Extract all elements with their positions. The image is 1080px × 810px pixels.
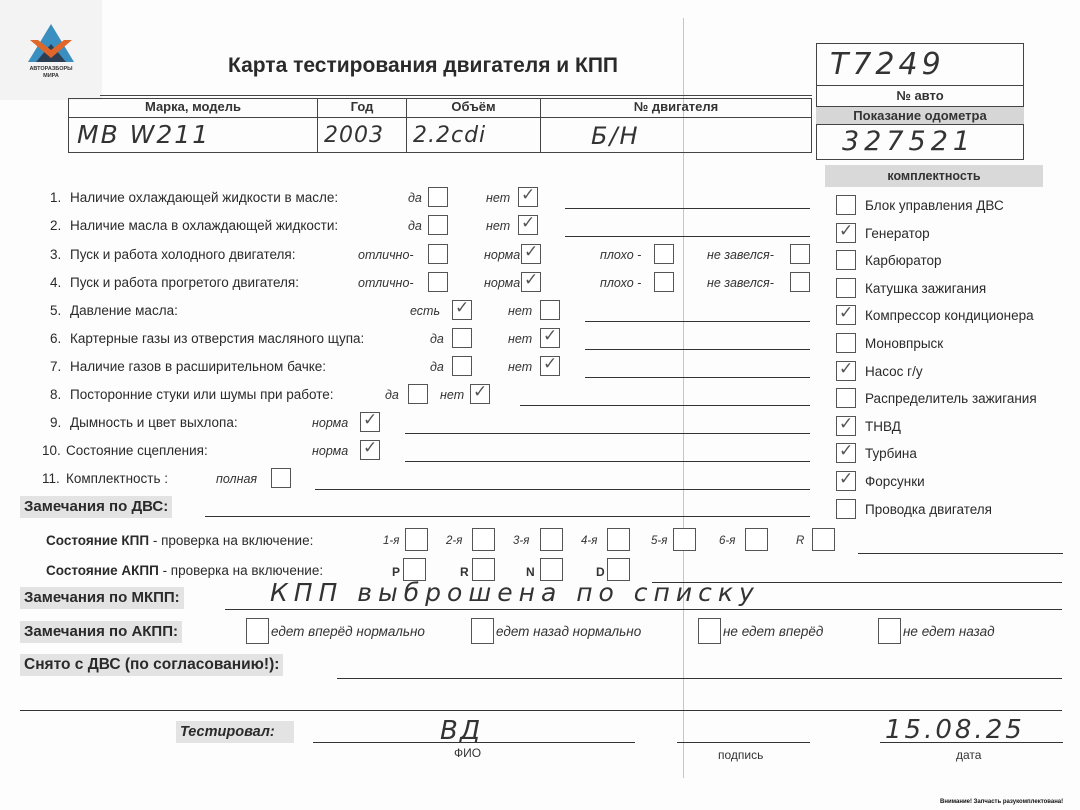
option-checkbox[interactable]: [360, 412, 380, 432]
kit-checkbox[interactable]: [836, 278, 856, 298]
option-label: норма: [312, 444, 348, 458]
option-checkbox[interactable]: [428, 187, 448, 207]
option-checkbox[interactable]: [540, 300, 560, 320]
option-label: да: [385, 388, 399, 402]
kit-checkbox[interactable]: [836, 499, 856, 519]
engine-no-value: Б/Н: [541, 118, 811, 154]
option-label: да: [408, 219, 422, 233]
option-checkbox[interactable]: [470, 384, 490, 404]
question-text: Дымность и цвет выхлопа:: [70, 415, 238, 430]
kit-item-label: ТНВД: [865, 419, 901, 434]
gear-label: 4-я: [581, 535, 597, 547]
option-checkbox[interactable]: [428, 272, 448, 292]
option-label: да: [430, 360, 444, 374]
year-field[interactable]: 2003: [317, 117, 407, 153]
manual-gearbox-label: Состояние КПП - проверка на включение:: [46, 533, 313, 548]
question-notes-field[interactable]: [585, 377, 810, 378]
year-value: 2003: [318, 118, 406, 154]
car-no-field[interactable]: T7249: [816, 43, 1024, 85]
kit-checkbox[interactable]: [836, 195, 856, 215]
akpp-option-label: едет назад нормально: [496, 624, 641, 639]
gear-checkbox[interactable]: [812, 528, 835, 551]
mkpp-remarks-field-line: [225, 609, 1062, 610]
gear-label: 2-я: [446, 535, 462, 547]
question-notes-field[interactable]: [565, 236, 810, 237]
fio-value[interactable]: ВД: [440, 716, 482, 746]
akpp-option-checkbox[interactable]: [246, 618, 269, 644]
logo-name-line1: АВТОРАЗБОРЫ: [0, 66, 102, 73]
gear-checkbox[interactable]: [472, 528, 495, 551]
kit-checkbox[interactable]: [836, 223, 856, 243]
option-checkbox[interactable]: [518, 215, 538, 235]
gear-checkbox[interactable]: [673, 528, 696, 551]
akpp-option-checkbox[interactable]: [471, 618, 494, 644]
kit-header: комплектность: [825, 165, 1043, 187]
question-notes-field[interactable]: [585, 321, 810, 322]
signature-caption: подпись: [718, 748, 763, 762]
gear-position-label: P: [392, 565, 400, 579]
option-label: не завелся-: [707, 248, 774, 262]
gear-checkbox[interactable]: [607, 528, 630, 551]
gear-label: 6-я: [719, 535, 735, 547]
gear-position-label: R: [460, 565, 469, 579]
kit-item-label: Карбюратор: [865, 253, 942, 268]
odometer-field[interactable]: 327521: [816, 125, 1024, 159]
option-checkbox[interactable]: [408, 384, 428, 404]
akpp-option-label: не едет вперёд: [723, 624, 823, 639]
logo-name-line2: МИРА: [0, 73, 102, 80]
question-text: Наличие охлаждающей жидкости в масле:: [70, 190, 338, 205]
make-model-value: MB W211: [69, 118, 317, 152]
engine-remarks-label: Замечания по ДВС:: [20, 496, 172, 518]
auto-gearbox-label: Состояние АКПП - проверка на включение:: [46, 563, 323, 578]
kit-item-label: Турбина: [865, 446, 917, 461]
table-top-rule: [100, 95, 812, 96]
gear-label: 5-я: [651, 535, 667, 547]
signature-field[interactable]: [677, 742, 810, 743]
question-notes-field[interactable]: [315, 489, 810, 490]
option-label: полная: [216, 472, 257, 486]
question-text: Наличие масла в охлаждающей жидкости:: [70, 218, 338, 233]
option-label: да: [430, 332, 444, 346]
option-checkbox[interactable]: [521, 244, 541, 264]
option-label: отлично-: [358, 276, 414, 290]
question-notes-field[interactable]: [585, 349, 810, 350]
option-label: плохо -: [600, 248, 641, 262]
option-checkbox[interactable]: [428, 244, 448, 264]
gear-label: R: [796, 535, 804, 547]
option-checkbox[interactable]: [452, 300, 472, 320]
kit-checkbox[interactable]: [836, 333, 856, 353]
gear-checkbox[interactable]: [540, 528, 563, 551]
kit-item-label: Форсунки: [865, 474, 925, 489]
year-header-cell: Год: [317, 98, 407, 118]
removed-field[interactable]: [337, 678, 1062, 679]
option-checkbox[interactable]: [518, 187, 538, 207]
kit-item-label: Распределитель зажигания: [865, 391, 1037, 406]
auto-gearbox-label-rest: - проверка на включение:: [159, 563, 323, 578]
gear-checkbox[interactable]: [745, 528, 768, 551]
manual-gearbox-label-bold: Состояние КПП: [46, 533, 149, 548]
gear-position-label: D: [596, 565, 605, 579]
odometer-value: 327521: [816, 125, 1024, 159]
kit-item-label: Моновпрыск: [865, 336, 943, 351]
question-notes-field[interactable]: [520, 405, 810, 406]
kit-item-label: Генератор: [865, 226, 930, 241]
kit-item-label: Проводка двигателя: [865, 502, 992, 517]
mkpp-remarks-label: Замечания по МКПП:: [20, 587, 184, 609]
question-number: 6.: [50, 331, 61, 346]
option-label: нет: [508, 332, 532, 346]
volume-header: Объём: [407, 99, 540, 114]
car-no-value: T7249: [816, 43, 1024, 87]
kit-item-label: Катушка зажигания: [865, 281, 986, 296]
option-checkbox[interactable]: [654, 272, 674, 292]
question-number: 5.: [50, 303, 61, 318]
tested-by-label: Тестировал:: [176, 721, 294, 743]
kit-checkbox[interactable]: [836, 250, 856, 270]
auto-gearbox-label-bold: Состояние АКПП: [46, 563, 159, 578]
question-notes-field[interactable]: [405, 461, 810, 462]
option-label: плохо -: [600, 276, 641, 290]
make-model-header: Марка, модель: [69, 99, 317, 114]
kit-checkbox[interactable]: [836, 361, 856, 381]
gear-label: 3-я: [513, 535, 529, 547]
option-checkbox[interactable]: [790, 244, 810, 264]
question-text: Состояние сцепления:: [66, 443, 208, 458]
option-checkbox[interactable]: [540, 356, 560, 376]
engine-no-field[interactable]: Б/Н: [540, 117, 812, 153]
question-number: 11.: [42, 471, 60, 486]
kit-checkbox[interactable]: [836, 416, 856, 436]
engine-remarks-field[interactable]: [205, 516, 810, 517]
kit-checkbox[interactable]: [836, 443, 856, 463]
gear-checkbox[interactable]: [405, 528, 428, 551]
question-text: Давление масла:: [70, 303, 178, 318]
fio-caption: ФИО: [454, 746, 481, 760]
kit-item-label: Блок управления ДВС: [865, 198, 1004, 213]
question-number: 9.: [50, 415, 61, 430]
gear-label: 1-я: [383, 535, 399, 547]
odometer-header-cell: Показание одометра: [816, 106, 1024, 125]
option-label: не завелся-: [707, 276, 774, 290]
akpp-remarks-label: Замечания по АКПП:: [20, 621, 182, 643]
option-checkbox[interactable]: [452, 328, 472, 348]
gear-position-label: N: [526, 565, 535, 579]
question-text: Комплектность :: [66, 471, 168, 486]
year-header: Год: [318, 99, 406, 114]
date-caption: дата: [956, 748, 981, 762]
akpp-option-checkbox[interactable]: [698, 618, 721, 644]
manual-gearbox-label-rest: - проверка на включение:: [149, 533, 313, 548]
volume-value: 2.2cdi: [407, 118, 540, 154]
option-label: нет: [508, 360, 532, 374]
akpp-option-label: едет вперёд нормально: [271, 624, 425, 639]
question-text: Посторонние стуки или шумы при работе:: [70, 387, 334, 402]
option-label: есть: [410, 304, 440, 318]
akpp-option-checkbox[interactable]: [878, 618, 901, 644]
option-checkbox[interactable]: [790, 272, 810, 292]
car-no-label: № авто: [816, 87, 1024, 105]
question-notes-field[interactable]: [405, 433, 810, 434]
option-checkbox[interactable]: [540, 328, 560, 348]
option-label: да: [408, 191, 422, 205]
kit-item-label: Компрессор кондиционера: [865, 308, 1034, 323]
kit-checkbox[interactable]: [836, 388, 856, 408]
option-checkbox[interactable]: [654, 244, 674, 264]
question-notes-field[interactable]: [565, 208, 810, 209]
question-number: 4.: [50, 275, 61, 290]
question-text: Наличие газов в расширительном бачке:: [70, 359, 326, 374]
manual-gearbox-notes-field[interactable]: [858, 553, 1063, 554]
option-checkbox[interactable]: [452, 356, 472, 376]
option-label: нет: [486, 219, 510, 233]
mkpp-remarks-value[interactable]: КПП выброшена по списку: [270, 578, 760, 607]
volume-header-cell: Объём: [406, 98, 541, 118]
kit-item-label: Насос г/у: [865, 364, 923, 379]
page-title: Карта тестирования двигателя и КПП: [228, 54, 618, 78]
logo: АВТОРАЗБОРЫ МИРА: [0, 0, 102, 100]
option-checkbox[interactable]: [271, 468, 291, 488]
question-number: 8.: [50, 387, 61, 402]
option-label: нет: [440, 388, 464, 402]
option-checkbox[interactable]: [428, 215, 448, 235]
question-text: Картерные газы из отверстия масляного щу…: [70, 331, 364, 346]
logo-mark-icon: [26, 22, 76, 64]
rule: [816, 85, 1024, 86]
option-checkbox[interactable]: [360, 440, 380, 460]
engine-no-header: № двигателя: [541, 99, 811, 114]
question-number: 3.: [50, 247, 61, 262]
footnote-warning: Внимание! Запчасть разукомплектована!: [940, 799, 1063, 805]
question-text: Пуск и работа прогретого двигателя:: [70, 275, 299, 290]
removed-label: Снято с ДВС (по согласованию!):: [20, 654, 283, 676]
option-label: нет: [508, 304, 532, 318]
question-number: 2.: [50, 218, 61, 233]
question-text: Пуск и работа холодного двигателя:: [70, 247, 296, 262]
akpp-option-label: не едет назад: [903, 624, 995, 639]
removed-field-line-2[interactable]: [20, 710, 1062, 711]
make-model-field[interactable]: MB W211: [68, 117, 318, 153]
volume-field[interactable]: 2.2cdi: [406, 117, 541, 153]
question-number: 1.: [50, 190, 61, 205]
option-label: нет: [486, 191, 510, 205]
date-value[interactable]: 15.08.25: [885, 715, 1025, 745]
make-model-header-cell: Марка, модель: [68, 98, 318, 118]
engine-no-header-cell: № двигателя: [540, 98, 812, 118]
option-label: норма: [312, 416, 348, 430]
question-number: 10.: [42, 443, 61, 458]
odometer-label: Показание одометра: [816, 107, 1024, 124]
question-number: 7.: [50, 359, 61, 374]
kit-checkbox[interactable]: [836, 471, 856, 491]
option-label: отлично-: [358, 248, 414, 262]
option-checkbox[interactable]: [521, 272, 541, 292]
kit-checkbox[interactable]: [836, 305, 856, 325]
